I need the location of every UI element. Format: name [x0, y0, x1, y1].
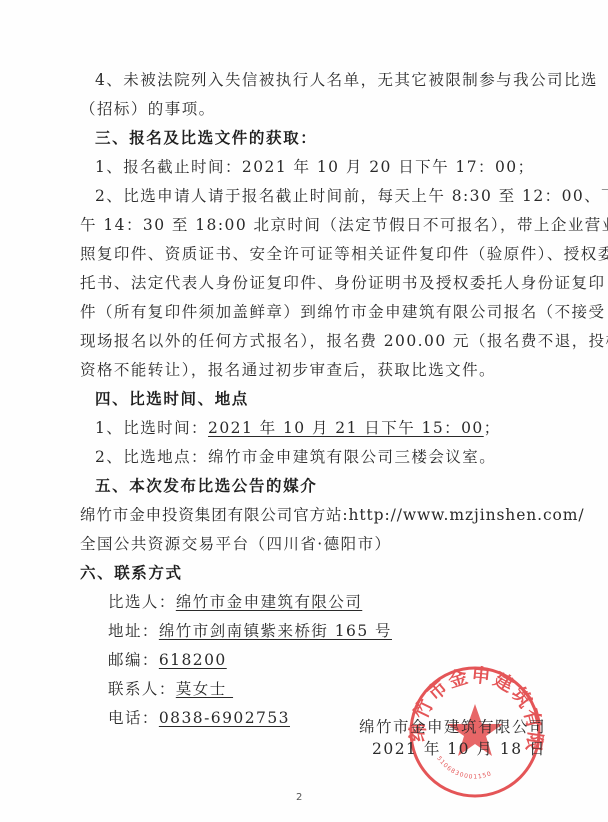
contact-label: 联系人：: [108, 680, 176, 698]
s3-item2-line: 2、比选申请人请于报名截止时间前，每天上午 8:30 至 12：00、下: [95, 186, 563, 206]
s4-item1-value: 2021 年 10 月 21 日下午 15：00: [208, 419, 484, 437]
bidder-label: 比选人：: [108, 593, 176, 611]
signature-date: 2021 年 10 月 18 日: [372, 739, 546, 759]
contact-value: 莫女士: [176, 680, 233, 698]
address-label: 地址：: [108, 622, 159, 640]
s3-item1-value: 2021 年 10 月 20 日下午 17：00；: [242, 158, 535, 176]
s4-item1-label: 1、比选时间：: [95, 419, 208, 437]
section5-heading: 五、本次发布比选公告的媒介: [95, 476, 563, 496]
s3-item2-line: 照复印件、资质证书、安全许可证等相关证件复印件（验原件）、授权委: [80, 244, 548, 264]
s3-item2-line: 件（所有复印件须加盖鲜章）到绵竹市金申建筑有限公司报名（不接受: [80, 302, 548, 322]
s3-item2-line: 现场报名以外的任何方式报名），报名费 200.00 元（报名费不退，投标: [80, 331, 548, 351]
section6-heading: 六、联系方式: [80, 563, 548, 583]
s3-item2-line: 资格不能转让），报名通过初步审查后，获取比选文件。: [80, 360, 548, 380]
phone-value: 0838-6902753: [159, 709, 290, 727]
item4-line2: （招标）的事项。: [80, 99, 548, 119]
page-number: 2: [296, 792, 302, 803]
s3-item1: 1、报名截止时间：2021 年 10 月 20 日下午 17：00；: [95, 157, 563, 177]
s5-website-line: 绵竹市金申投资集团有限公司官方站:http://www.mzjinshen.co…: [80, 505, 548, 525]
s4-item2: 2、比选地点：绵竹市金申建筑有限公司三楼会议室。: [95, 447, 563, 467]
s3-item2-line: 午 14：30 至 18:00 北京时间（法定节假日不可报名），带上企业营业执: [80, 215, 548, 235]
s3-item1-label: 1、报名截止时间：: [95, 158, 242, 176]
s4-item1: 1、比选时间：2021 年 10 月 21 日下午 15：00；: [95, 418, 563, 438]
s4-item1-end: ；: [484, 419, 501, 437]
s5-platform-line: 全国公共资源交易平台（四川省·德阳市）: [80, 534, 548, 554]
postcode-value: 618200: [159, 651, 227, 669]
s3-item2-line: 托书、法定代表人身份证复印件、身份证明书及授权委托人身份证复印: [80, 273, 548, 293]
document-page: 4、未被法院列入失信被执行人名单，无其它被限制参与我公司比选 （招标）的事项。 …: [0, 0, 608, 822]
bidder-value: 绵竹市金申建筑有限公司: [176, 593, 362, 611]
section3-heading: 三、报名及比选文件的获取：: [95, 128, 563, 148]
contact-bidder: 比选人：绵竹市金申建筑有限公司: [108, 592, 576, 612]
section4-heading: 四、比选时间、地点: [95, 389, 563, 409]
signature-company: 绵竹市金申建筑有限公司: [359, 717, 546, 737]
phone-label: 电话：: [108, 709, 159, 727]
address-value: 绵竹市剑南镇紫来桥街 165 号: [159, 622, 392, 640]
postcode-label: 邮编：: [108, 651, 159, 669]
contact-address: 地址：绵竹市剑南镇紫来桥街 165 号: [108, 621, 576, 641]
item4-line1: 4、未被法院列入失信被执行人名单，无其它被限制参与我公司比选: [95, 70, 563, 90]
